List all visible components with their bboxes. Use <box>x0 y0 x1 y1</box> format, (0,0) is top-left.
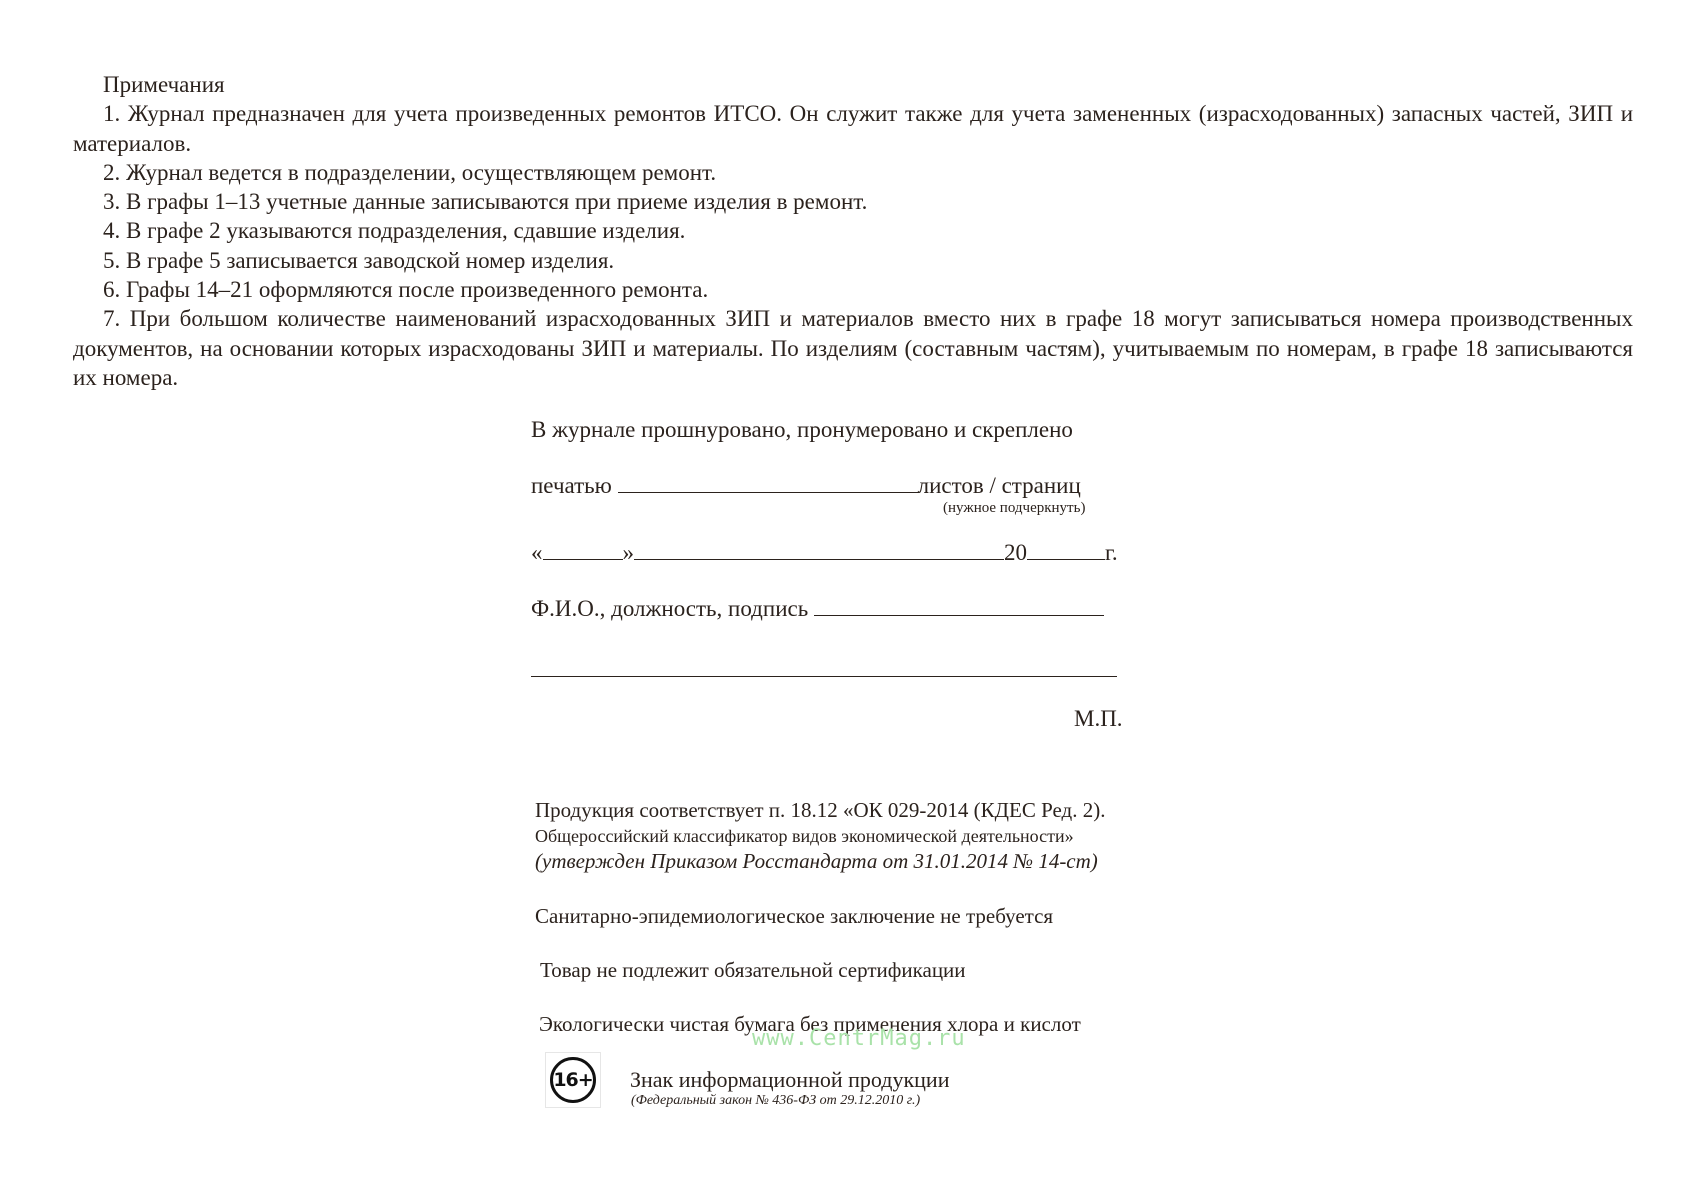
age-rating-icon: 16+ <box>545 1052 601 1108</box>
day-field[interactable] <box>543 541 623 560</box>
year-prefix: 20 <box>1004 540 1027 565</box>
watermark: www.CentrMag.ru <box>752 1026 966 1051</box>
certification-note: Товар не подлежит обязательной сертифика… <box>540 958 966 983</box>
conformity-line-3: (утвержден Приказом Росстандарта от 31.0… <box>535 849 1098 874</box>
notes-section: Примечания 1. Журнал предназначен для уч… <box>73 70 1633 392</box>
binding-statement: В журнале прошнуровано, пронумеровано и … <box>531 417 1073 443</box>
notes-title: Примечания <box>73 70 1633 99</box>
note-item-5: 5. В графе 5 записывается заводской номе… <box>73 246 1633 275</box>
sanitary-note: Санитарно-эпидемиологическое заключение … <box>535 904 1053 929</box>
note-item-7: 7. При большом количестве наименований и… <box>73 304 1633 392</box>
date-line: «»20г. <box>531 540 1118 566</box>
underline-hint: (нужное подчеркнуть) <box>943 500 1085 517</box>
note-item-4: 4. В графе 2 указываются подразделения, … <box>73 216 1633 245</box>
signature-field[interactable] <box>814 597 1104 616</box>
note-item-1: 1. Журнал предназначен для учета произве… <box>73 99 1633 158</box>
signature-label: Ф.И.О., должность, подпись <box>531 596 808 621</box>
month-field[interactable] <box>634 541 1004 560</box>
conformity-line-1: Продукция соответствует п. 18.12 «ОК 029… <box>535 798 1105 823</box>
stamp-place-label: М.П. <box>1074 706 1123 732</box>
extra-signature-field[interactable] <box>531 676 1117 677</box>
seal-label: печатью <box>531 473 612 498</box>
year-suffix: г. <box>1105 540 1118 565</box>
info-product-law: (Федеральный закон № 436-ФЗ от 29.12.201… <box>631 1093 920 1109</box>
date-close-quote: » <box>623 540 635 565</box>
year-field[interactable] <box>1027 541 1105 560</box>
note-item-6: 6. Графы 14–21 оформляются после произве… <box>73 275 1633 304</box>
note-item-3: 3. В графы 1–13 учетные данные записываю… <box>73 187 1633 216</box>
sheets-label: листов / страниц <box>918 473 1081 498</box>
date-open-quote: « <box>531 540 543 565</box>
note-item-2: 2. Журнал ведется в подразделении, осуще… <box>73 158 1633 187</box>
signature-line: Ф.И.О., должность, подпись <box>531 596 1104 622</box>
age-rating-badge: 16+ <box>550 1057 596 1103</box>
info-product-title: Знак информационной продукции <box>630 1067 949 1093</box>
sheets-count-field[interactable] <box>618 474 918 493</box>
seal-line: печатью листов / страниц <box>531 473 1081 499</box>
conformity-line-2: Общероссийский классификатор видов эконо… <box>535 826 1074 847</box>
